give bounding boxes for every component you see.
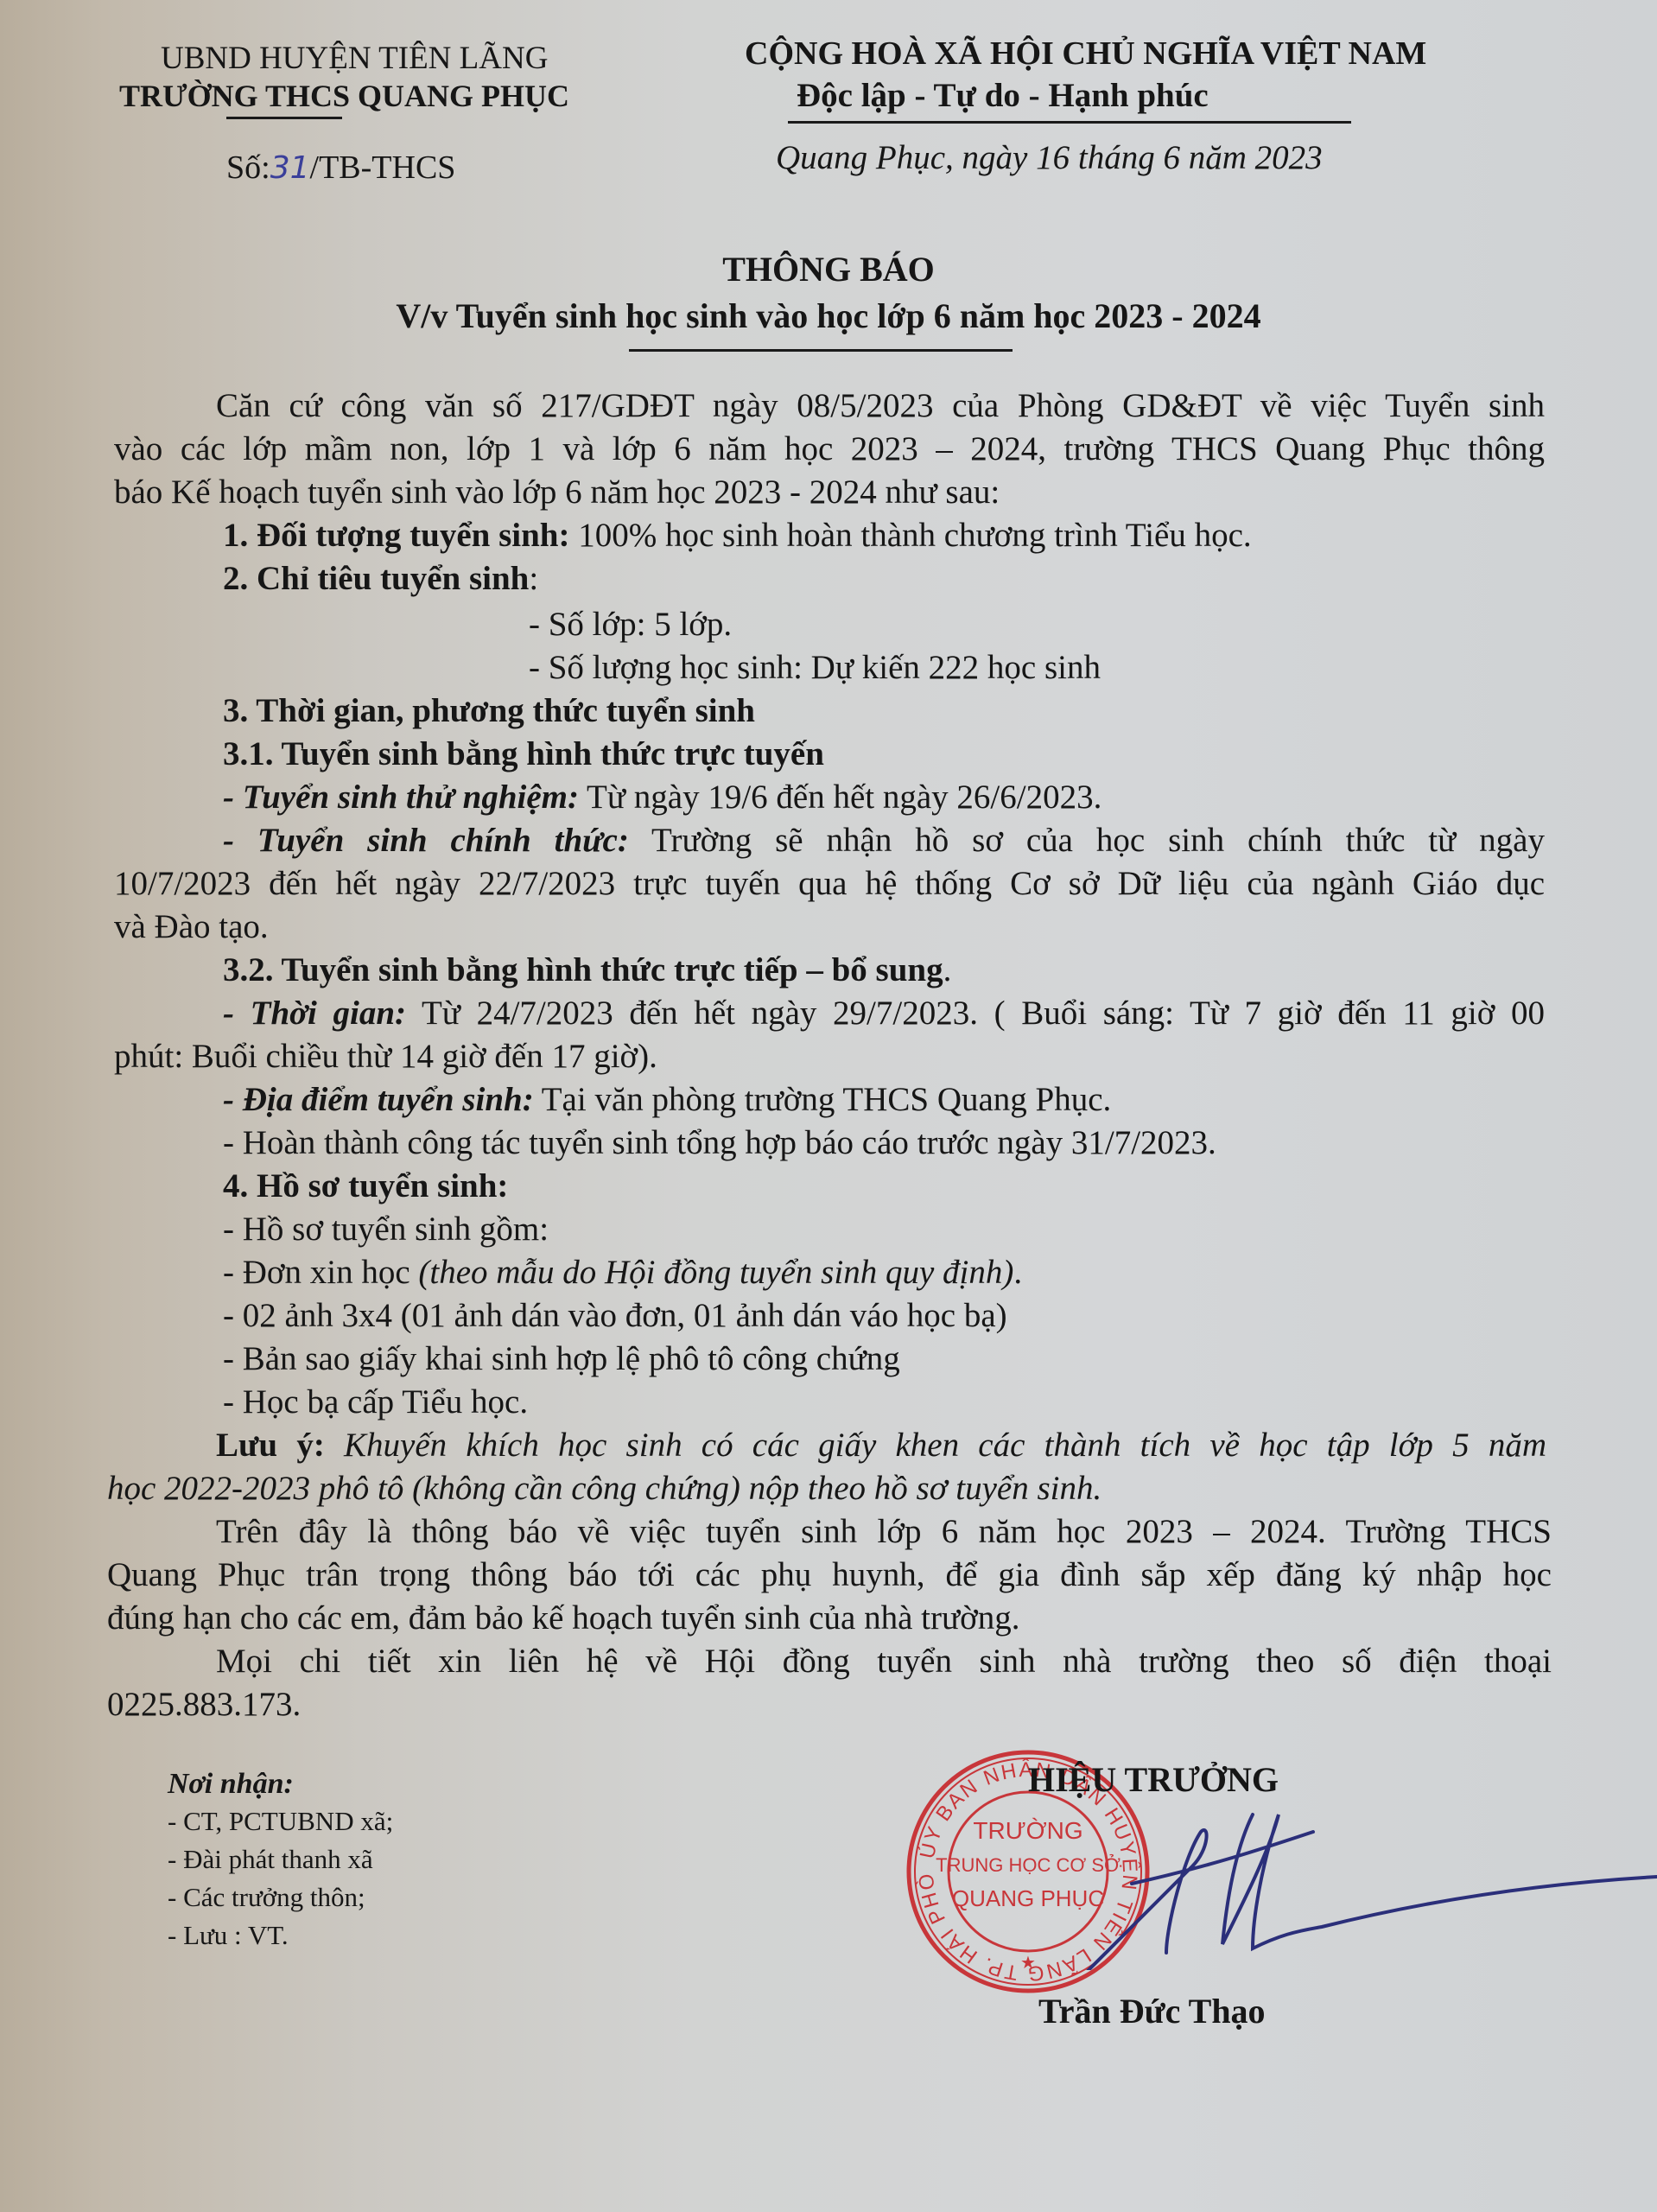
school-name: TRƯỜNG THCS QUANG PHỤC (119, 78, 569, 114)
note-line-1: Lưu ý: Khuyến khích học sinh có các giấy… (216, 1426, 1546, 1465)
svg-text:★: ★ (1020, 1952, 1036, 1973)
national-title: CỘNG HOÀ XÃ HỘI CHỦ NGHĨA VIỆT NAM (745, 35, 1426, 73)
section-2-label: 2. Chỉ tiêu tuyển sinh (223, 560, 529, 597)
closing-line-3: đúng hạn cho các em, đảm bảo kế hoạch tu… (107, 1599, 1020, 1637)
closing-line-1: Trên đây là thông báo về việc tuyển sinh… (216, 1512, 1552, 1551)
application-italic: (theo mẫu do Hội đồng tuyển sinh quy địn… (418, 1254, 1013, 1291)
section-2-item-classes: - Số lớp: 5 lớp. (529, 605, 732, 644)
time-text: Từ 24/7/2023 đến hết ngày 29/7/2023. ( B… (406, 995, 1545, 1032)
section-3-label: 3. Thời gian, phương thức tuyển sinh (223, 691, 755, 730)
place-label: - Địa điểm tuyển sinh: (223, 1081, 534, 1118)
section-2-item-students: - Số lượng học sinh: Dự kiến 222 học sin… (529, 648, 1101, 687)
place-text: Tại văn phòng trường THCS Quang Phục. (534, 1081, 1112, 1118)
section-3-2-complete: - Hoàn thành công tác tuyển sinh tổng hợ… (223, 1123, 1216, 1162)
section-3-1-label: 3.1. Tuyển sinh bằng hình thức trực tuyế… (223, 734, 824, 773)
time-label: - Thời gian: (223, 995, 406, 1032)
section-3-2: 3.2. Tuyển sinh bằng hình thức trực tiếp… (223, 950, 951, 989)
document-page: UBND HUYỆN TIÊN LÃNG TRƯỜNG THCS QUANG P… (0, 0, 1657, 2212)
subject-underline (629, 349, 1013, 352)
recipient-item: - Lưu : VT. (168, 1920, 289, 1951)
handwritten-signature-icon (1037, 1797, 1657, 1970)
contact-line-1: Mọi chi tiết xin liên hệ về Hội đồng tuy… (216, 1642, 1552, 1681)
notice-subject: V/v Tuyển sinh học sinh vào học lớp 6 nă… (0, 296, 1657, 336)
closing-line-2: Quang Phục trân trọng thông báo tới các … (107, 1555, 1552, 1594)
section-4-item-birth-cert: - Bản sao giấy khai sinh hợp lệ phô tô c… (223, 1339, 900, 1378)
section-3-1-official: - Tuyển sinh chính thức: Trường sẽ nhận … (223, 821, 1545, 860)
doc-number-handwritten: 31 (270, 150, 310, 186)
note-text-1: Khuyến khích học sinh có các giấy khen c… (325, 1427, 1546, 1464)
section-3-2-time: - Thời gian: Từ 24/7/2023 đến hết ngày 2… (223, 994, 1545, 1033)
section-4-intro: - Hồ sơ tuyển sinh gồm: (223, 1210, 549, 1249)
signer-name: Trần Đức Thạo (1038, 1991, 1266, 2031)
section-1-text: 100% học sinh hoàn thành chương trình Ti… (569, 517, 1251, 554)
section-3-2-dot: . (943, 951, 952, 988)
section-4-label: 4. Hồ sơ tuyển sinh: (223, 1166, 508, 1205)
note-label: Lưu ý: (216, 1427, 325, 1464)
section-3-2-label: 3.2. Tuyển sinh bằng hình thức trực tiếp… (223, 951, 943, 988)
section-3-1-official-cont-1: 10/7/2023 đến hết ngày 22/7/2023 trực tu… (114, 864, 1545, 903)
trial-label: - Tuyển sinh thử nghiệm: (223, 779, 579, 816)
section-1-label: 1. Đối tượng tuyển sinh: (223, 517, 569, 554)
doc-number-suffix: /TB-THCS (310, 149, 456, 186)
signer-position: HIỆU TRƯỞNG (1028, 1759, 1279, 1800)
recipients-label: Nơi nhận: (168, 1768, 294, 1801)
notice-title: THÔNG BÁO (0, 249, 1657, 289)
official-text: Trường sẽ nhận hồ sơ của học sinh chính … (629, 822, 1545, 859)
contact-phone: 0225.883.173. (107, 1685, 301, 1724)
doc-number-prefix: Số: (226, 149, 270, 186)
intro-line-1: Căn cứ công văn số 217/GDĐT ngày 08/5/20… (216, 386, 1545, 425)
section-2-colon: : (529, 560, 538, 597)
place-date: Quang Phục, ngày 16 tháng 6 năm 2023 (776, 138, 1323, 177)
intro-line-3: báo Kế hoạch tuyển sinh vào lớp 6 năm họ… (114, 473, 1000, 512)
application-end: . (1013, 1254, 1022, 1291)
motto-underline (788, 121, 1351, 124)
section-4-item-application: - Đơn xin học (theo mẫu do Hội đồng tuyể… (223, 1253, 1022, 1292)
section-3-1-official-cont-2: và Đào tạo. (114, 907, 269, 946)
section-1: 1. Đối tượng tuyển sinh: 100% học sinh h… (223, 516, 1252, 555)
note-line-2: học 2022-2023 phô tô (không cần công chứ… (107, 1469, 1101, 1508)
intro-line-2: vào các lớp mầm non, lớp 1 và lớp 6 năm … (114, 429, 1545, 468)
recipient-item: - Các trưởng thôn; (168, 1882, 365, 1913)
recipient-item: - Đài phát thanh xã (168, 1844, 373, 1875)
official-label: - Tuyển sinh chính thức: (223, 822, 629, 859)
section-3-1-trial: - Tuyển sinh thử nghiệm: Từ ngày 19/6 đế… (223, 778, 1101, 817)
document-number: Số:31/TB-THCS (226, 149, 455, 187)
section-3-2-place: - Địa điểm tuyển sinh: Tại văn phòng trư… (223, 1080, 1111, 1119)
school-underline (226, 117, 342, 119)
authority-name: UBND HUYỆN TIÊN LÃNG (161, 40, 548, 77)
section-4-item-transcript: - Học bạ cấp Tiểu học. (223, 1382, 528, 1421)
application-plain: - Đơn xin học (223, 1254, 418, 1291)
section-4-item-photos: - 02 ảnh 3x4 (01 ảnh dán vào đơn, 01 ảnh… (223, 1296, 1007, 1335)
national-motto: Độc lập - Tự do - Hạnh phúc (797, 76, 1209, 115)
section-3-2-time-cont: phút: Buổi chiều thừ 14 giờ đến 17 giờ). (114, 1037, 657, 1076)
section-2: 2. Chỉ tiêu tuyển sinh: (223, 559, 538, 598)
trial-text: Từ ngày 19/6 đến hết ngày 26/6/2023. (579, 779, 1101, 816)
recipient-item: - CT, PCTUBND xã; (168, 1806, 393, 1837)
